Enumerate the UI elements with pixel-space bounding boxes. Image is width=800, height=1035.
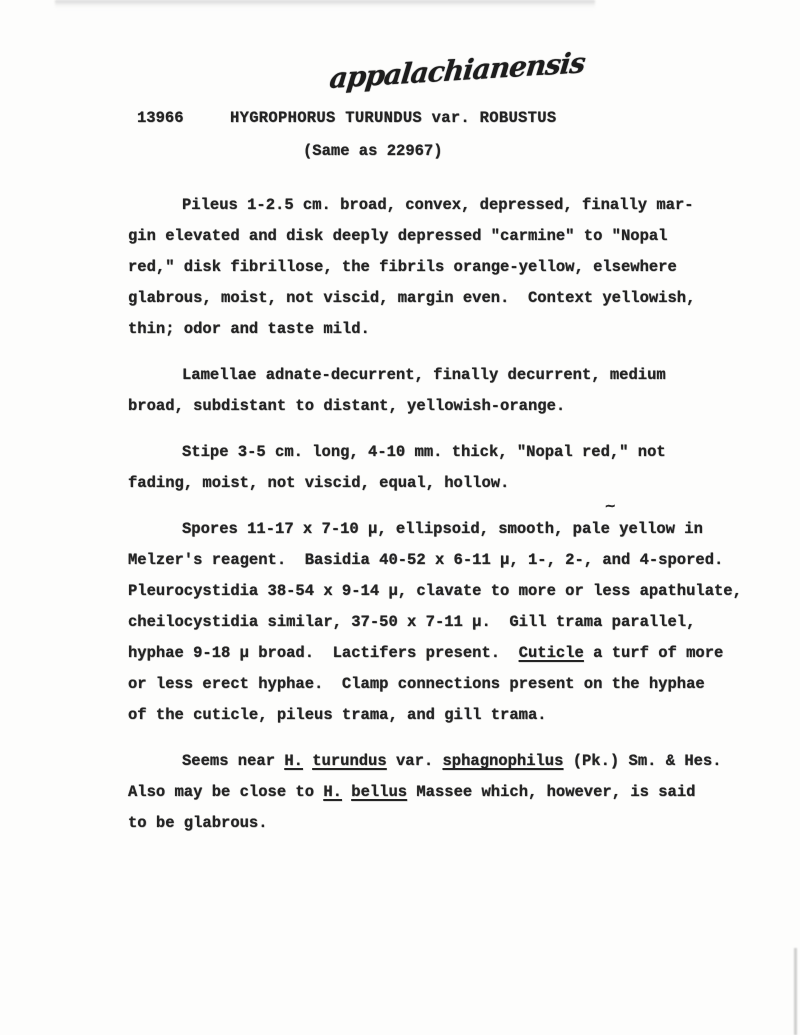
text-line: thin; odor and taste mild. [128, 314, 788, 345]
text-line: broad, subdistant to distant, yellowish-… [128, 391, 788, 422]
scan-artifact-right-edge [794, 948, 797, 1035]
paragraph: Lamellae adnate-decurrent, finally decur… [128, 360, 788, 422]
text-segment: Stipe 3-5 cm. long, 4-10 mm. thick, "Nop… [182, 443, 666, 461]
text-segment: glabrous, moist, not viscid, margin even… [128, 289, 695, 307]
text-segment: Also may be close to [128, 783, 323, 801]
underlined-term: H. [323, 783, 342, 801]
text-segment: of the cuticle, pileus trama, and gill t… [128, 706, 547, 724]
text-segment: gin elevated and disk deeply depressed "… [128, 227, 668, 245]
text-segment: Lamellae adnate-decurrent, finally decur… [182, 366, 666, 384]
underlined-term: bellus [351, 783, 407, 801]
paragraphs: Pileus 1-2.5 cm. broad, convex, depresse… [128, 190, 788, 854]
text-line: Pileus 1-2.5 cm. broad, convex, depresse… [128, 190, 788, 221]
text-line: Pleurocystidia 38-54 x 9-14 μ, clavate t… [128, 576, 788, 607]
paragraph: Spores 11-17 x 7-10 μ, ellipsoid, smooth… [128, 514, 788, 731]
text-segment [303, 752, 312, 770]
text-line: Stipe 3-5 cm. long, 4-10 mm. thick, "Nop… [128, 437, 788, 468]
document-subtitle: (Same as 22967) [303, 141, 443, 161]
text-line: red," disk fibrillose, the fibrils orang… [128, 252, 788, 283]
scan-artifact-top-edge [55, 0, 595, 9]
text-segment: a turf of more [584, 644, 724, 662]
underlined-term: sphagnophilus [442, 752, 563, 770]
text-line: of the cuticle, pileus trama, and gill t… [128, 700, 788, 731]
text-segment: Pileus 1-2.5 cm. broad, convex, depresse… [182, 196, 694, 214]
paragraph: Stipe 3-5 cm. long, 4-10 mm. thick, "Nop… [128, 437, 788, 499]
text-line: Also may be close to H. bellus Massee wh… [128, 777, 788, 808]
text-segment: Pleurocystidia 38-54 x 9-14 μ, clavate t… [128, 582, 742, 600]
text-segment: (Pk.) Sm. & Hes. [563, 752, 721, 770]
text-line: Spores 11-17 x 7-10 μ, ellipsoid, smooth… [128, 514, 788, 545]
text-line: or less erect hyphae. Clamp connections … [128, 669, 788, 700]
text-segment: or less erect hyphae. Clamp connections … [128, 675, 705, 693]
text-segment: hyphae 9-18 μ broad. Lactifers present. [128, 644, 519, 662]
underlined-term: H. [284, 752, 303, 770]
text-line: glabrous, moist, not viscid, margin even… [128, 283, 788, 314]
text-line: gin elevated and disk deeply depressed "… [128, 221, 788, 252]
text-segment: Melzer's reagent. Basidia 40-52 x 6-11 μ… [128, 551, 723, 569]
text-segment: var. [387, 752, 443, 770]
text-line: fading, moist, not viscid, equal, hollow… [128, 468, 788, 499]
text-line: Seems near H. turundus var. sphagnophilu… [128, 746, 788, 777]
text-line: Lamellae adnate-decurrent, finally decur… [128, 360, 788, 391]
underlined-term: Cuticle [519, 644, 584, 662]
text-segment [342, 783, 351, 801]
catalog-number: 13966 [137, 108, 184, 128]
text-line: to be glabrous. [128, 808, 788, 839]
text-segment: fading, moist, not viscid, equal, hollow… [128, 474, 509, 492]
document-page: appalachianensis 13966 HYGROPHORUS TURUN… [0, 0, 800, 1035]
text-segment: thin; odor and taste mild. [128, 320, 370, 338]
underlined-term: turundus [312, 752, 386, 770]
text-segment: red," disk fibrillose, the fibrils orang… [128, 258, 677, 276]
text-line: hyphae 9-18 μ broad. Lactifers present. … [128, 638, 788, 669]
text-line: cheilocystidia similar, 37-50 x 7-11 μ. … [128, 607, 788, 638]
text-segment: Massee which, however, is said [407, 783, 695, 801]
text-segment: broad, subdistant to distant, yellowish-… [128, 397, 565, 415]
document-title: HYGROPHORUS TURUNDUS var. ROBUSTUS [230, 108, 556, 128]
handwritten-annotation: appalachianensis [328, 46, 591, 95]
paragraph: Seems near H. turundus var. sphagnophilu… [128, 746, 788, 839]
text-segment: to be glabrous. [128, 814, 268, 832]
text-line: Melzer's reagent. Basidia 40-52 x 6-11 μ… [128, 545, 788, 576]
text-segment: Seems near [182, 752, 284, 770]
text-segment: Spores 11-17 x 7-10 μ, ellipsoid, smooth… [182, 520, 703, 538]
text-segment: cheilocystidia similar, 37-50 x 7-11 μ. … [128, 613, 695, 631]
paragraph: Pileus 1-2.5 cm. broad, convex, depresse… [128, 190, 788, 345]
